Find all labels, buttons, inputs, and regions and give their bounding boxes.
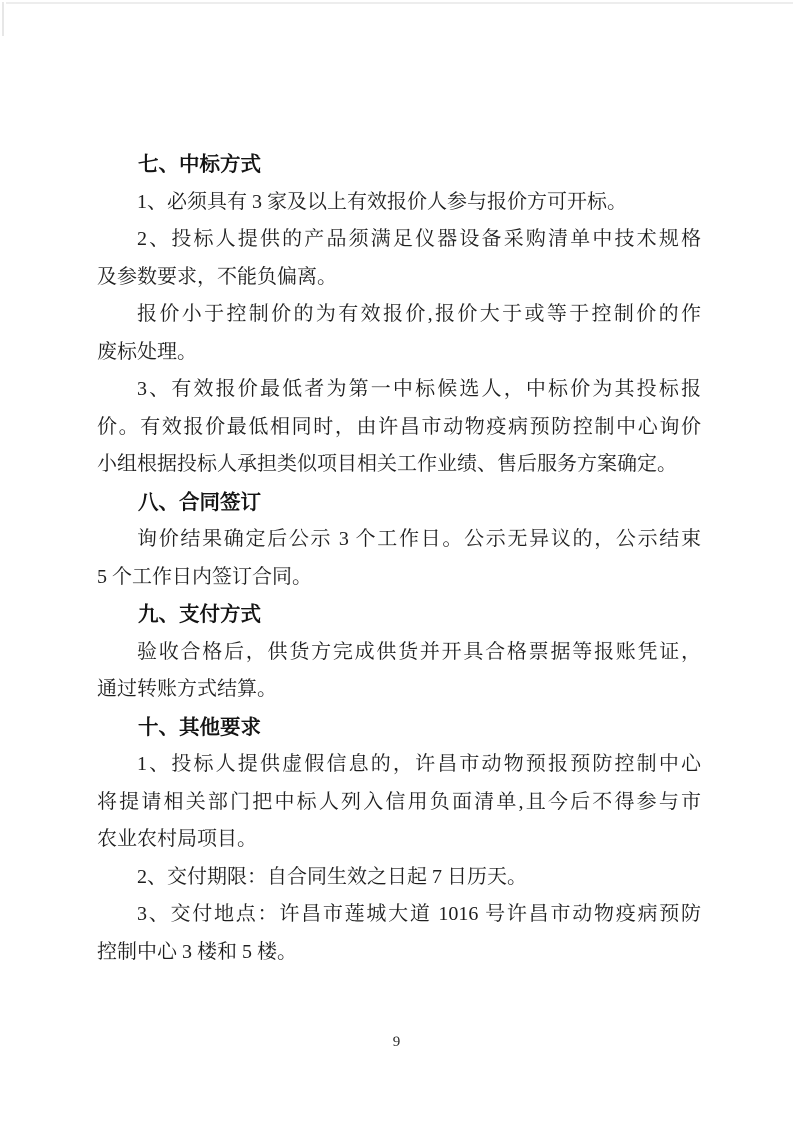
text-line: 废标处理。 (97, 334, 701, 372)
text-line: 2、交付期限：自合同生效之日起 7 日历天。 (97, 859, 701, 897)
text-line: 将提请相关部门把中标人列入信用负面清单,且今后不得参与市 (97, 784, 701, 822)
scan-artifact-top-edge (6, 2, 793, 4)
text-line: 2、投标人提供的产品须满足仪器设备采购清单中技术规格 (97, 221, 701, 259)
text-line: 1、投标人提供虚假信息的，许昌市动物预报预防控制中心 (97, 746, 701, 784)
text-line: 七、中标方式 (97, 146, 701, 184)
para-winner-selection: 3、有效报价最低者为第一中标候选人，中标价为其投标报 价。有效报价最低相同时，由… (97, 371, 701, 484)
para-publicity-period: 询价结果确定后公示 3 个工作日。公示无异议的，公示结束 5 个工作日内签订合同… (97, 521, 701, 596)
text-line: 及参数要求，不能负偏离。 (97, 259, 701, 297)
document-page: 七、中标方式 1、必须具有 3 家及以上有效报价人参与报价方可开标。 2、投标人… (0, 0, 793, 1122)
document-body: 七、中标方式 1、必须具有 3 家及以上有效报价人参与报价方可开标。 2、投标人… (97, 146, 701, 971)
text-line: 报价小于控制价的为有效报价,报价大于或等于控制价的作 (97, 296, 701, 334)
text-line: 3、有效报价最低者为第一中标候选人，中标价为其投标报 (97, 371, 701, 409)
heading-other-requirements: 十、其他要求 (97, 709, 701, 747)
text-line: 农业农村局项目。 (97, 821, 701, 859)
text-line: 5 个工作日内签订合同。 (97, 559, 701, 597)
text-line: 通过转账方式结算。 (97, 671, 701, 709)
heading-contract-signing: 八、合同签订 (97, 484, 701, 522)
text-line: 小组根据投标人承担类似项目相关工作业绩、售后服务方案确定。 (97, 446, 701, 484)
text-line: 验收合格后，供货方完成供货并开具合格票据等报账凭证， (97, 634, 701, 672)
text-line: 控制中心 3 楼和 5 楼。 (97, 934, 701, 972)
text-line: 八、合同签订 (97, 484, 701, 522)
para-false-info-penalty: 1、投标人提供虚假信息的，许昌市动物预报预防控制中心 将提请相关部门把中标人列入… (97, 746, 701, 859)
text-line: 3、交付地点：许昌市莲城大道 1016 号许昌市动物疫病预防 (97, 896, 701, 934)
text-line: 价。有效报价最低相同时，由许昌市动物疫病预防控制中心询价 (97, 409, 701, 447)
scan-artifact-left-edge (2, 2, 4, 36)
heading-award-method: 七、中标方式 (97, 146, 701, 184)
text-line: 询价结果确定后公示 3 个工作日。公示无异议的，公示结束 (97, 521, 701, 559)
para-valid-quote-rule: 报价小于控制价的为有效报价,报价大于或等于控制价的作 废标处理。 (97, 296, 701, 371)
text-line: 1、必须具有 3 家及以上有效报价人参与报价方可开标。 (97, 184, 701, 222)
para-payment-terms: 验收合格后，供货方完成供货并开具合格票据等报账凭证， 通过转账方式结算。 (97, 634, 701, 709)
para-delivery-location: 3、交付地点：许昌市莲城大道 1016 号许昌市动物疫病预防 控制中心 3 楼和… (97, 896, 701, 971)
para-product-specs: 2、投标人提供的产品须满足仪器设备采购清单中技术规格 及参数要求，不能负偏离。 (97, 221, 701, 296)
page-number: 9 (0, 1032, 793, 1052)
text-line: 十、其他要求 (97, 709, 701, 747)
heading-payment-method: 九、支付方式 (97, 596, 701, 634)
para-min-bidders: 1、必须具有 3 家及以上有效报价人参与报价方可开标。 (97, 184, 701, 222)
para-delivery-deadline: 2、交付期限：自合同生效之日起 7 日历天。 (97, 859, 701, 897)
text-line: 九、支付方式 (97, 596, 701, 634)
